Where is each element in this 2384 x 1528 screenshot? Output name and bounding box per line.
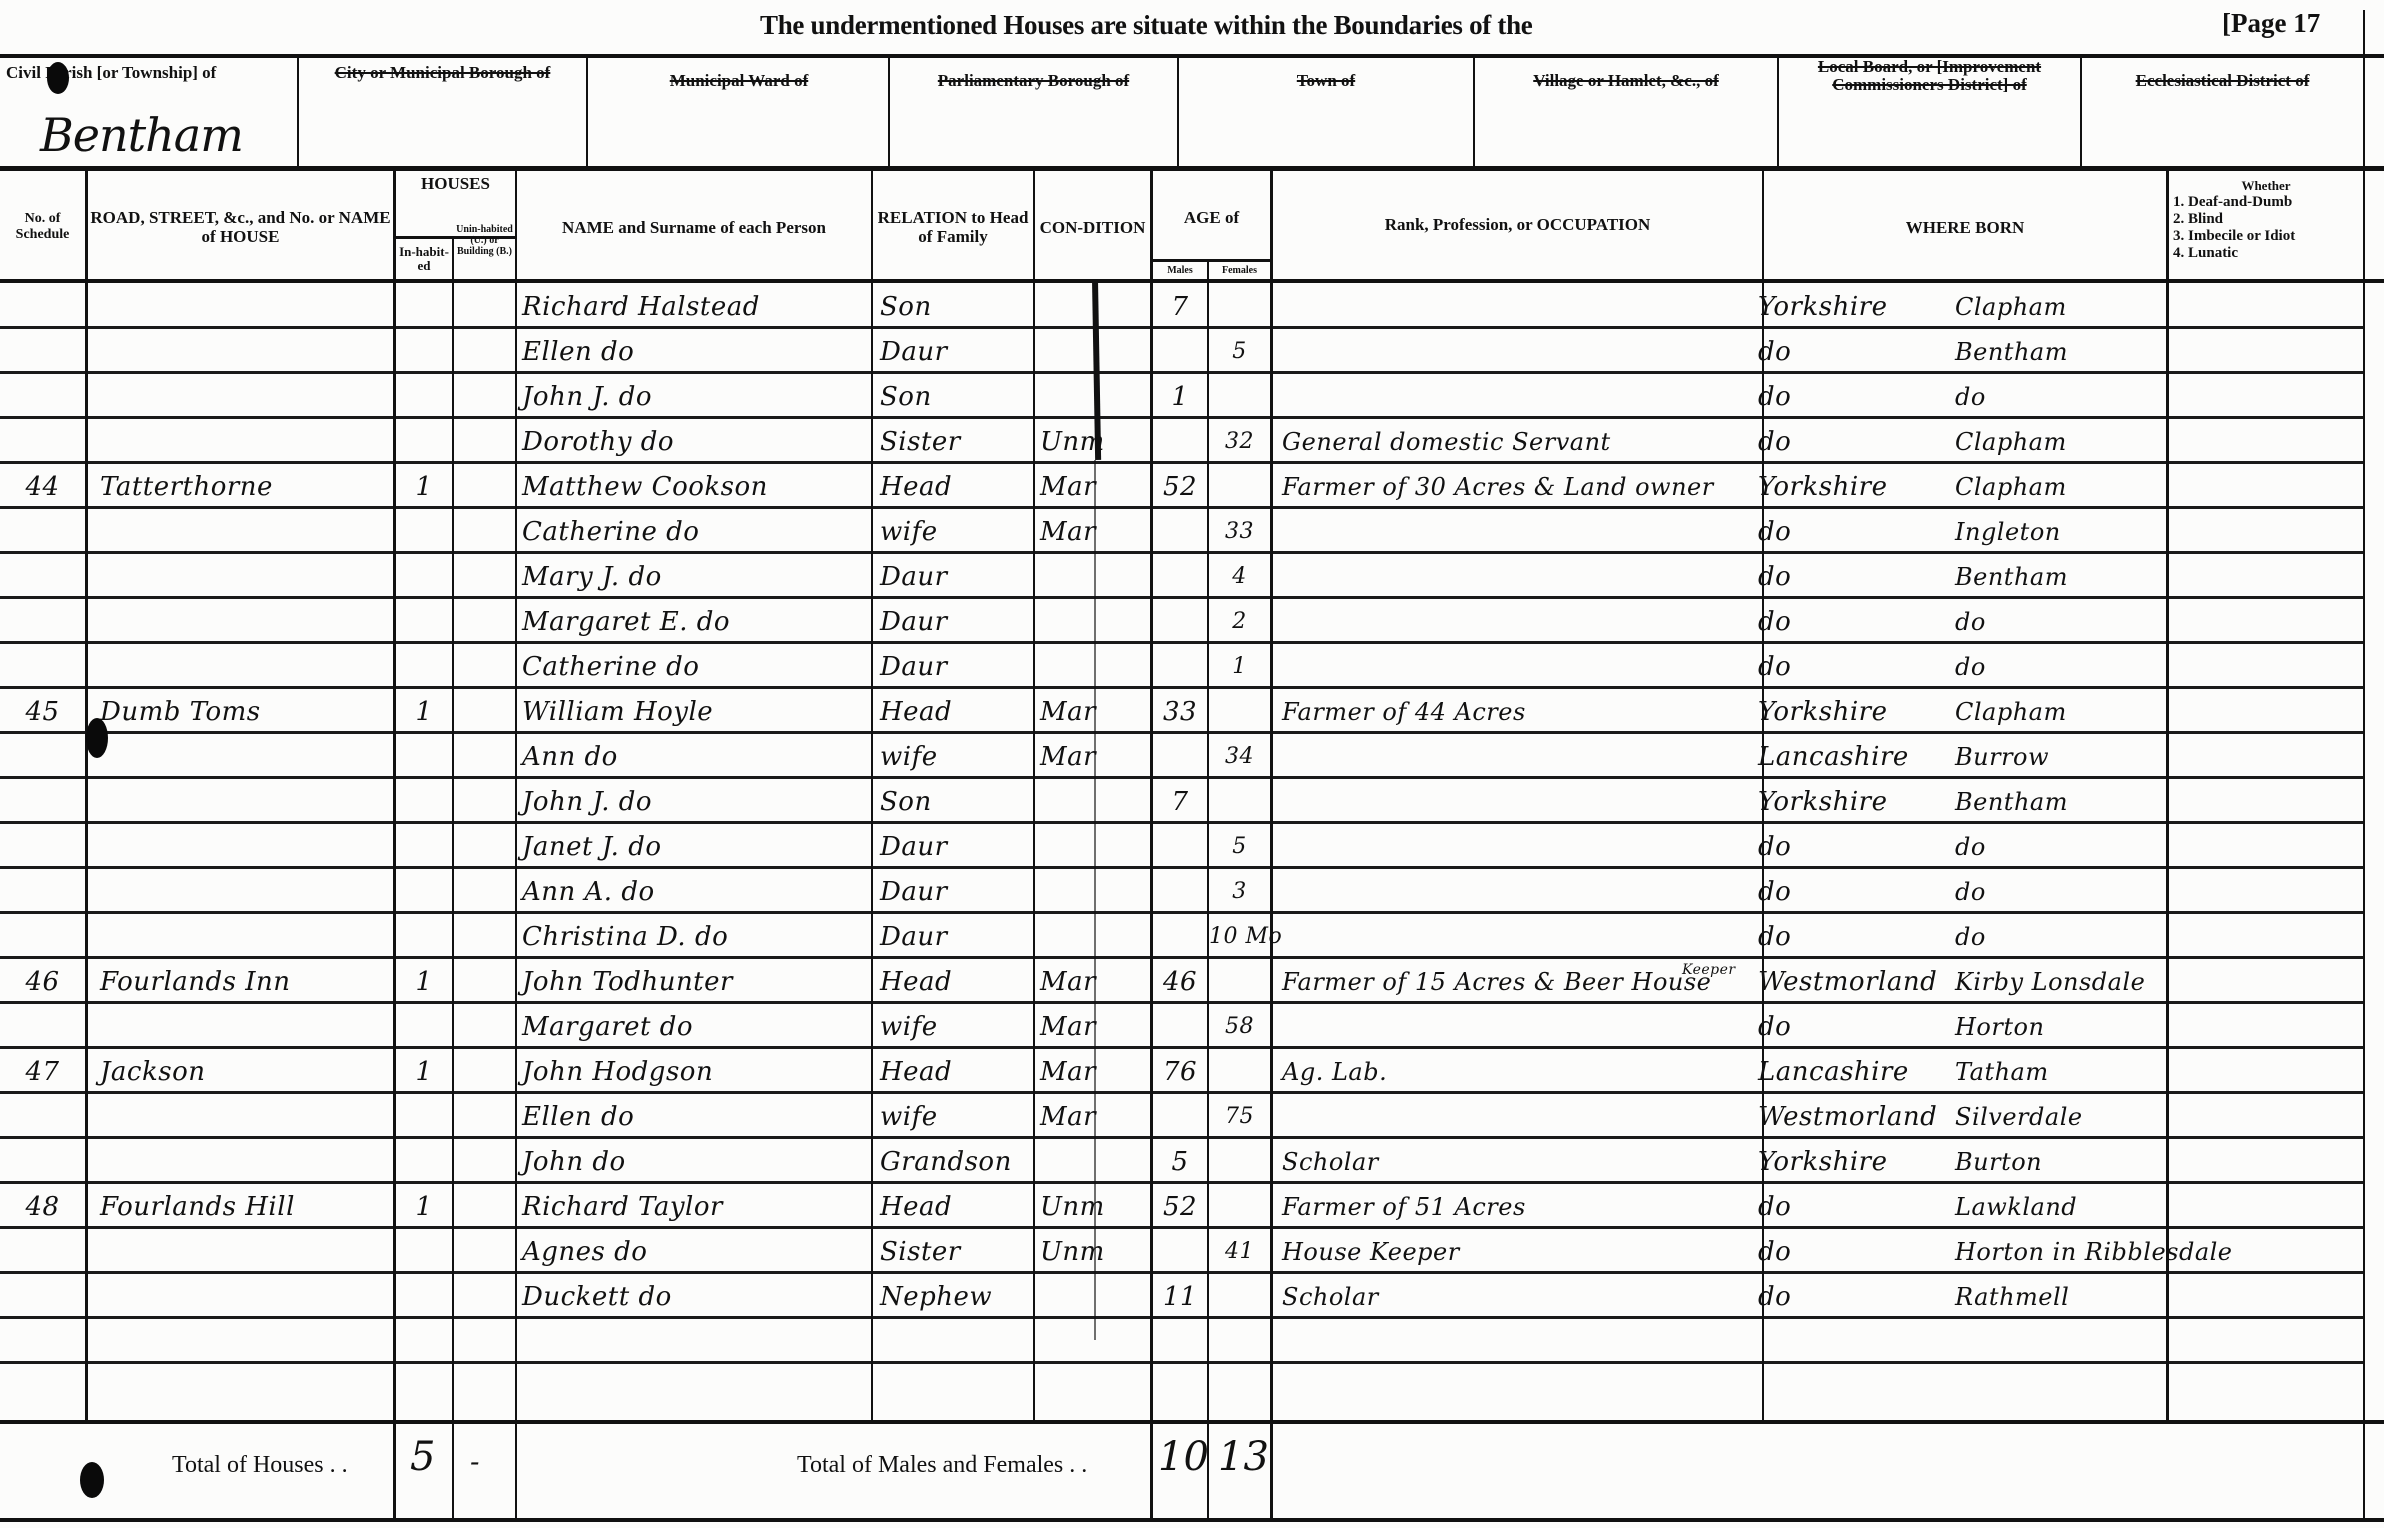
relation: Head (880, 1184, 1030, 1229)
birth-place: do (1955, 374, 2165, 419)
census-row: Margaret do wife Mar 58 do Horton (0, 1004, 2384, 1049)
schedule-number (0, 779, 85, 824)
relation: Grandson (880, 1139, 1030, 1184)
occupation: Farmer of 44 Acres (1282, 689, 1760, 734)
schedule-number (0, 1139, 85, 1184)
header-name-label: NAME and Surname of each Person (562, 218, 826, 237)
header-females-label: Females (1222, 261, 1257, 280)
total-males-value: 10 (1158, 1434, 1209, 1480)
birth-county: Yorkshire (1758, 464, 1928, 509)
person-name: Matthew Cookson (522, 464, 868, 509)
birth-place: do (1955, 914, 2165, 959)
schedule-number (0, 1319, 85, 1364)
male-age (1153, 509, 1207, 554)
female-age (1209, 374, 1270, 419)
rule-boundary-bottom (0, 166, 2384, 171)
header-infirmity: Whether 1. Deaf-and-Dumb 2. Blind 3. Imb… (2169, 175, 2363, 281)
rule-totals-top (0, 1420, 2384, 1424)
birth-place: Clapham (1955, 284, 2165, 329)
person-name: Agnes do (522, 1229, 868, 1274)
birth-place: Burrow (1955, 734, 2165, 779)
header-infirmity-4: 4. Lunatic (2169, 245, 2238, 262)
occupation (1282, 869, 1760, 914)
male-age (1153, 914, 1207, 959)
male-age: 33 (1153, 689, 1207, 734)
male-age (1153, 554, 1207, 599)
male-age (1153, 824, 1207, 869)
boundary-label: Village or Hamlet, &c., of (1475, 72, 1777, 90)
schedule-number (0, 869, 85, 914)
person-name (522, 1319, 868, 1364)
house-name (100, 374, 390, 419)
female-age: 32 (1209, 419, 1270, 464)
person-name: Ellen do (522, 329, 868, 374)
female-age: 58 (1209, 1004, 1270, 1049)
relation: wife (880, 1094, 1030, 1139)
header-age: AGE of (1153, 175, 1270, 259)
occupation: Ag. Lab. (1282, 1049, 1760, 1094)
female-age: 3 (1209, 869, 1270, 914)
relation: Daur (880, 644, 1030, 689)
house-name (100, 284, 390, 329)
house-name: Fourlands Hill (100, 1184, 390, 1229)
house-name (100, 869, 390, 914)
relation: Daur (880, 329, 1030, 374)
relation: Son (880, 284, 1030, 329)
male-age: 11 (1153, 1274, 1207, 1319)
relation: wife (880, 1004, 1030, 1049)
birth-place: Bentham (1955, 329, 2165, 374)
person-name: John J. do (522, 374, 868, 419)
schedule-number (0, 284, 85, 329)
inhabited-count (396, 284, 452, 329)
occupation (1282, 599, 1760, 644)
female-age (1209, 464, 1270, 509)
birth-county: do (1758, 1229, 1928, 1274)
occupation: General domestic Servant (1282, 419, 1760, 464)
female-age (1209, 1319, 1270, 1364)
person-name: Ann A. do (522, 869, 868, 914)
boundary-parliamentary-borough: Parliamentary Borough of (890, 58, 1177, 166)
birth-place: Horton in Ribblesdale (1955, 1229, 2165, 1274)
relation (880, 1319, 1030, 1364)
occupation (1282, 644, 1760, 689)
row-rule (517, 1361, 871, 1364)
row-rule (396, 1361, 452, 1364)
person-name: John Todhunter (522, 959, 868, 1004)
relation: Head (880, 689, 1030, 734)
header-males-label: Males (1167, 261, 1193, 280)
female-age: 5 (1209, 329, 1270, 374)
birth-county: do (1758, 869, 1928, 914)
female-age (1209, 1049, 1270, 1094)
schedule-number: 47 (0, 1049, 85, 1094)
person-name: Ellen do (522, 1094, 868, 1139)
row-rule (873, 1361, 1033, 1364)
birth-place: Silverdale (1955, 1094, 2165, 1139)
person-name: Mary J. do (522, 554, 868, 599)
schedule-number (0, 914, 85, 959)
birth-county: do (1758, 509, 1928, 554)
occupation (1282, 284, 1760, 329)
census-row: 44 Tatterthorne 1 Matthew Cookson Head M… (0, 464, 2384, 509)
birth-place: do (1955, 644, 2165, 689)
schedule-number (0, 644, 85, 689)
relation: Daur (880, 554, 1030, 599)
census-row: 45 Dumb Toms 1 William Hoyle Head Mar 33… (0, 689, 2384, 734)
header-females: Females (1209, 262, 1270, 279)
birth-place: Kirby Lonsdale (1955, 959, 2165, 1004)
rule-page-bottom (0, 1518, 2384, 1522)
occupation (1282, 329, 1760, 374)
male-age: 5 (1153, 1139, 1207, 1184)
inhabited-count (396, 644, 452, 689)
house-name (100, 1319, 390, 1364)
header-where-born-label: WHERE BORN (1906, 218, 2025, 237)
house-name: Dumb Toms (100, 689, 390, 734)
birth-place: Bentham (1955, 779, 2165, 824)
schedule-number (0, 329, 85, 374)
house-name (100, 779, 390, 824)
birth-place: Clapham (1955, 419, 2165, 464)
census-row: John do Grandson 5 Scholar Yorkshire Bur… (0, 1139, 2384, 1184)
relation: Sister (880, 1229, 1030, 1274)
female-age: 2 (1209, 599, 1270, 644)
boundary-label: Parliamentary Borough of (890, 72, 1177, 90)
person-name: Catherine do (522, 509, 868, 554)
occupation (1282, 509, 1760, 554)
person-name: Margaret E. do (522, 599, 868, 644)
boundary-label: City or Municipal Borough of (299, 64, 586, 82)
census-row: Ann A. do Daur 3 do do (0, 869, 2384, 914)
house-name: Fourlands Inn (100, 959, 390, 1004)
census-row: Ellen do Daur 5 do Bentham (0, 329, 2384, 374)
header-road: ROAD, STREET, &c., and No. or NAME of HO… (88, 175, 393, 279)
boundary-village: Village or Hamlet, &c., of (1475, 58, 1777, 166)
relation: Head (880, 464, 1030, 509)
header-schedule-label: No. of Schedule (0, 211, 85, 243)
house-name (100, 329, 390, 374)
row-rule (1035, 1361, 1150, 1364)
birth-county: do (1758, 1184, 1928, 1229)
total-females-value: 13 (1218, 1434, 1269, 1480)
female-age: 1 (1209, 644, 1270, 689)
person-name: Janet J. do (522, 824, 868, 869)
inhabited-count (396, 869, 452, 914)
male-age (1153, 1004, 1207, 1049)
male-age (1153, 599, 1207, 644)
birth-county: Yorkshire (1758, 689, 1928, 734)
census-row: Mary J. do Daur 4 do Bentham (0, 554, 2384, 599)
relation: Nephew (880, 1274, 1030, 1319)
tally-mark (1094, 460, 1096, 1340)
occupation (1282, 734, 1760, 779)
schedule-number (0, 1229, 85, 1274)
female-age (1209, 1274, 1270, 1319)
inhabited-count (396, 509, 452, 554)
row-rule (88, 1361, 393, 1364)
census-row: Christina D. do Daur 10 Mo do do (0, 914, 2384, 959)
birth-county: Yorkshire (1758, 1139, 1928, 1184)
birth-place: Tatham (1955, 1049, 2165, 1094)
relation: Daur (880, 599, 1030, 644)
birth-county: do (1758, 329, 1928, 374)
schedule-number (0, 374, 85, 419)
house-name (100, 554, 390, 599)
house-name: Tatterthorne (100, 464, 390, 509)
house-name (100, 1094, 390, 1139)
header-condition: CON-DITION (1035, 175, 1150, 279)
ink-blot (80, 1462, 104, 1498)
header-schedule: No. of Schedule (0, 175, 85, 279)
house-name (100, 1274, 390, 1319)
male-age (1153, 869, 1207, 914)
ink-blot (47, 62, 69, 94)
occupation (1282, 374, 1760, 419)
header-relation: RELATION to Head of Family (873, 175, 1033, 279)
house-name (100, 509, 390, 554)
page-number: [Page 17 (2222, 8, 2320, 39)
total-houses-label: Total of Houses . . (172, 1452, 348, 1479)
inhabited-count (396, 1094, 452, 1139)
inhabited-count (396, 1319, 452, 1364)
header-infirmity-3: 3. Imbecile or Idiot (2169, 228, 2295, 245)
male-age: 52 (1153, 464, 1207, 509)
boundary-label: Municipal Ward of (590, 72, 888, 90)
census-row: Richard Halstead Son 7 Yorkshire Clapham (0, 284, 2384, 329)
male-age: 52 (1153, 1184, 1207, 1229)
house-name (100, 734, 390, 779)
census-row: Duckett do Nephew 11 Scholar do Rathmell (0, 1274, 2384, 1319)
header-name: NAME and Surname of each Person (517, 175, 871, 279)
schedule-number: 45 (0, 689, 85, 734)
birth-place: Lawkland (1955, 1184, 2165, 1229)
divider (586, 58, 588, 166)
birth-county: Westmorland (1758, 1094, 1928, 1139)
birth-place: do (1955, 824, 2165, 869)
row-rule (0, 1361, 85, 1364)
birth-place: Horton (1955, 1004, 2165, 1049)
header-infirmity-title: Whether (2241, 177, 2290, 194)
total-persons-label: Total of Males and Females . . (797, 1452, 1087, 1479)
relation: Daur (880, 824, 1030, 869)
row-rule (1764, 1361, 2166, 1364)
schedule-number (0, 419, 85, 464)
female-age: 33 (1209, 509, 1270, 554)
birth-county: Westmorland (1758, 959, 1928, 1004)
female-age: 41 (1209, 1229, 1270, 1274)
male-age (1153, 1094, 1207, 1139)
row-rule (454, 1361, 515, 1364)
birth-county: do (1758, 599, 1928, 644)
birth-county: Yorkshire (1758, 779, 1928, 824)
relation: Son (880, 779, 1030, 824)
schedule-number: 48 (0, 1184, 85, 1229)
census-row (0, 1319, 2384, 1364)
birth-place: Clapham (1955, 464, 2165, 509)
boundary-label: Town of (1179, 72, 1473, 90)
total-inhabited-value: 5 (410, 1434, 435, 1480)
inhabited-count (396, 824, 452, 869)
person-name: Dorothy do (522, 419, 868, 464)
occupation: Scholar (1282, 1274, 1760, 1319)
male-age: 7 (1153, 284, 1207, 329)
header-road-label: ROAD, STREET, &c., and No. or NAME of HO… (88, 208, 393, 246)
inhabited-count (396, 374, 452, 419)
birth-county: do (1758, 824, 1928, 869)
person-name: Duckett do (522, 1274, 868, 1319)
header-uninhabited: Unin-habited (U.) or Building (B.) (454, 200, 515, 280)
occupation (1282, 1004, 1760, 1049)
house-name (100, 644, 390, 689)
schedule-number (0, 1004, 85, 1049)
male-age: 1 (1153, 374, 1207, 419)
male-age: 46 (1153, 959, 1207, 1004)
female-age (1209, 1139, 1270, 1184)
header-relation-label: RELATION to Head of Family (873, 208, 1033, 246)
schedule-number: 44 (0, 464, 85, 509)
schedule-number (0, 1274, 85, 1319)
occupation (1282, 554, 1760, 599)
person-name: John do (522, 1139, 868, 1184)
total-uninhabited-value: - (470, 1445, 479, 1478)
relation: wife (880, 509, 1030, 554)
female-age: 5 (1209, 824, 1270, 869)
schedule-number: 46 (0, 959, 85, 1004)
birth-place: Clapham (1955, 689, 2165, 734)
occupation: Farmer of 51 Acres (1282, 1184, 1760, 1229)
header-age-label: AGE of (1184, 208, 1239, 227)
boundary-civil-parish: Civil Parish [or Township] of Bentham (0, 58, 297, 166)
male-age: 76 (1153, 1049, 1207, 1094)
birth-county: Yorkshire (1758, 284, 1928, 329)
occupation: Farmer of 30 Acres & Land owner (1282, 464, 1760, 509)
female-age: 34 (1209, 734, 1270, 779)
schedule-number (0, 554, 85, 599)
census-row: Agnes do Sister Unm 41 House Keeper do H… (0, 1229, 2384, 1274)
row-rule (1209, 1361, 1270, 1364)
person-name: Catherine do (522, 644, 868, 689)
parish-value: Bentham (40, 108, 243, 162)
birth-county: Lancashire (1758, 1049, 1928, 1094)
person-name: Margaret do (522, 1004, 868, 1049)
birth-county: do (1758, 1274, 1928, 1319)
house-name (100, 1229, 390, 1274)
schedule-number (0, 1094, 85, 1139)
census-row: Catherine do Daur 1 do do (0, 644, 2384, 689)
boundary-label: Local Board, or [Improvement Commissione… (1779, 58, 2080, 94)
header-houses-label: HOUSES (421, 174, 490, 193)
inhabited-count: 1 (396, 1184, 452, 1229)
birth-county (1758, 1319, 1928, 1364)
inhabited-count (396, 554, 452, 599)
female-age (1209, 959, 1270, 1004)
male-age (1153, 644, 1207, 689)
male-age (1153, 734, 1207, 779)
house-name (100, 1139, 390, 1184)
birth-county: do (1758, 644, 1928, 689)
schedule-number (0, 734, 85, 779)
inhabited-count (396, 1139, 452, 1184)
header-occupation-label: Rank, Profession, or OCCUPATION (1385, 215, 1651, 234)
male-age (1153, 1229, 1207, 1274)
birth-place: Burton (1955, 1139, 2165, 1184)
person-name: Ann do (522, 734, 868, 779)
inhabited-count (396, 1229, 452, 1274)
house-name (100, 824, 390, 869)
boundary-ecclesiastical: Ecclesiastical District of (2082, 58, 2363, 166)
inhabited-count: 1 (396, 959, 452, 1004)
relation: wife (880, 734, 1030, 779)
female-age: 4 (1209, 554, 1270, 599)
male-age (1153, 1319, 1207, 1364)
occupation (1282, 824, 1760, 869)
inhabited-count: 1 (396, 464, 452, 509)
birth-county: do (1758, 374, 1928, 419)
ink-blot (86, 718, 108, 758)
census-row: Margaret E. do Daur 2 do do (0, 599, 2384, 644)
birth-place: do (1955, 599, 2165, 644)
female-age (1209, 284, 1270, 329)
census-row: Ellen do wife Mar 75 Westmorland Silverd… (0, 1094, 2384, 1139)
header-infirmity-1: 1. Deaf-and-Dumb (2169, 194, 2292, 211)
boundary-town: Town of (1179, 58, 1473, 166)
relation: Sister (880, 419, 1030, 464)
house-name (100, 419, 390, 464)
male-age (1153, 419, 1207, 464)
occupation-note: Keeper (1682, 947, 1736, 993)
inhabited-count (396, 779, 452, 824)
person-name: William Hoyle (522, 689, 868, 734)
relation: Head (880, 959, 1030, 1004)
house-name: Jackson (100, 1049, 390, 1094)
boundary-municipal-borough: City or Municipal Borough of (299, 58, 586, 166)
birth-county: do (1758, 1004, 1928, 1049)
boundary-municipal-ward: Municipal Ward of (590, 58, 888, 166)
birth-county: do (1758, 914, 1928, 959)
inhabited-count (396, 1004, 452, 1049)
relation: Daur (880, 869, 1030, 914)
header-condition-label: CON-DITION (1040, 218, 1146, 237)
female-age (1209, 779, 1270, 824)
occupation (1282, 1319, 1760, 1364)
person-name: Richard Halstead (522, 284, 868, 329)
female-age: 75 (1209, 1094, 1270, 1139)
birth-place: do (1955, 869, 2165, 914)
inhabited-count: 1 (396, 1049, 452, 1094)
inhabited-count (396, 419, 452, 464)
schedule-number (0, 509, 85, 554)
page-title: The undermentioned Houses are situate wi… (760, 10, 1533, 41)
occupation: Farmer of 15 Acres & Beer HouseKeeper (1282, 959, 1760, 1004)
house-name (100, 914, 390, 959)
female-age (1209, 689, 1270, 734)
person-name: John J. do (522, 779, 868, 824)
house-name (100, 599, 390, 644)
birth-place: Bentham (1955, 554, 2165, 599)
census-page: The undermentioned Houses are situate wi… (0, 0, 2384, 1528)
occupation: House Keeper (1282, 1229, 1760, 1274)
house-name (100, 1004, 390, 1049)
male-age: 7 (1153, 779, 1207, 824)
header-inhabited-label: In-habit-ed (396, 245, 452, 273)
occupation: Scholar (1282, 1139, 1760, 1184)
birth-county: do (1758, 419, 1928, 464)
header-occupation: Rank, Profession, or OCCUPATION (1273, 175, 1762, 279)
row-rule (2169, 1361, 2363, 1364)
census-row: 48 Fourlands Hill 1 Richard Taylor Head … (0, 1184, 2384, 1229)
birth-place: Ingleton (1955, 509, 2165, 554)
